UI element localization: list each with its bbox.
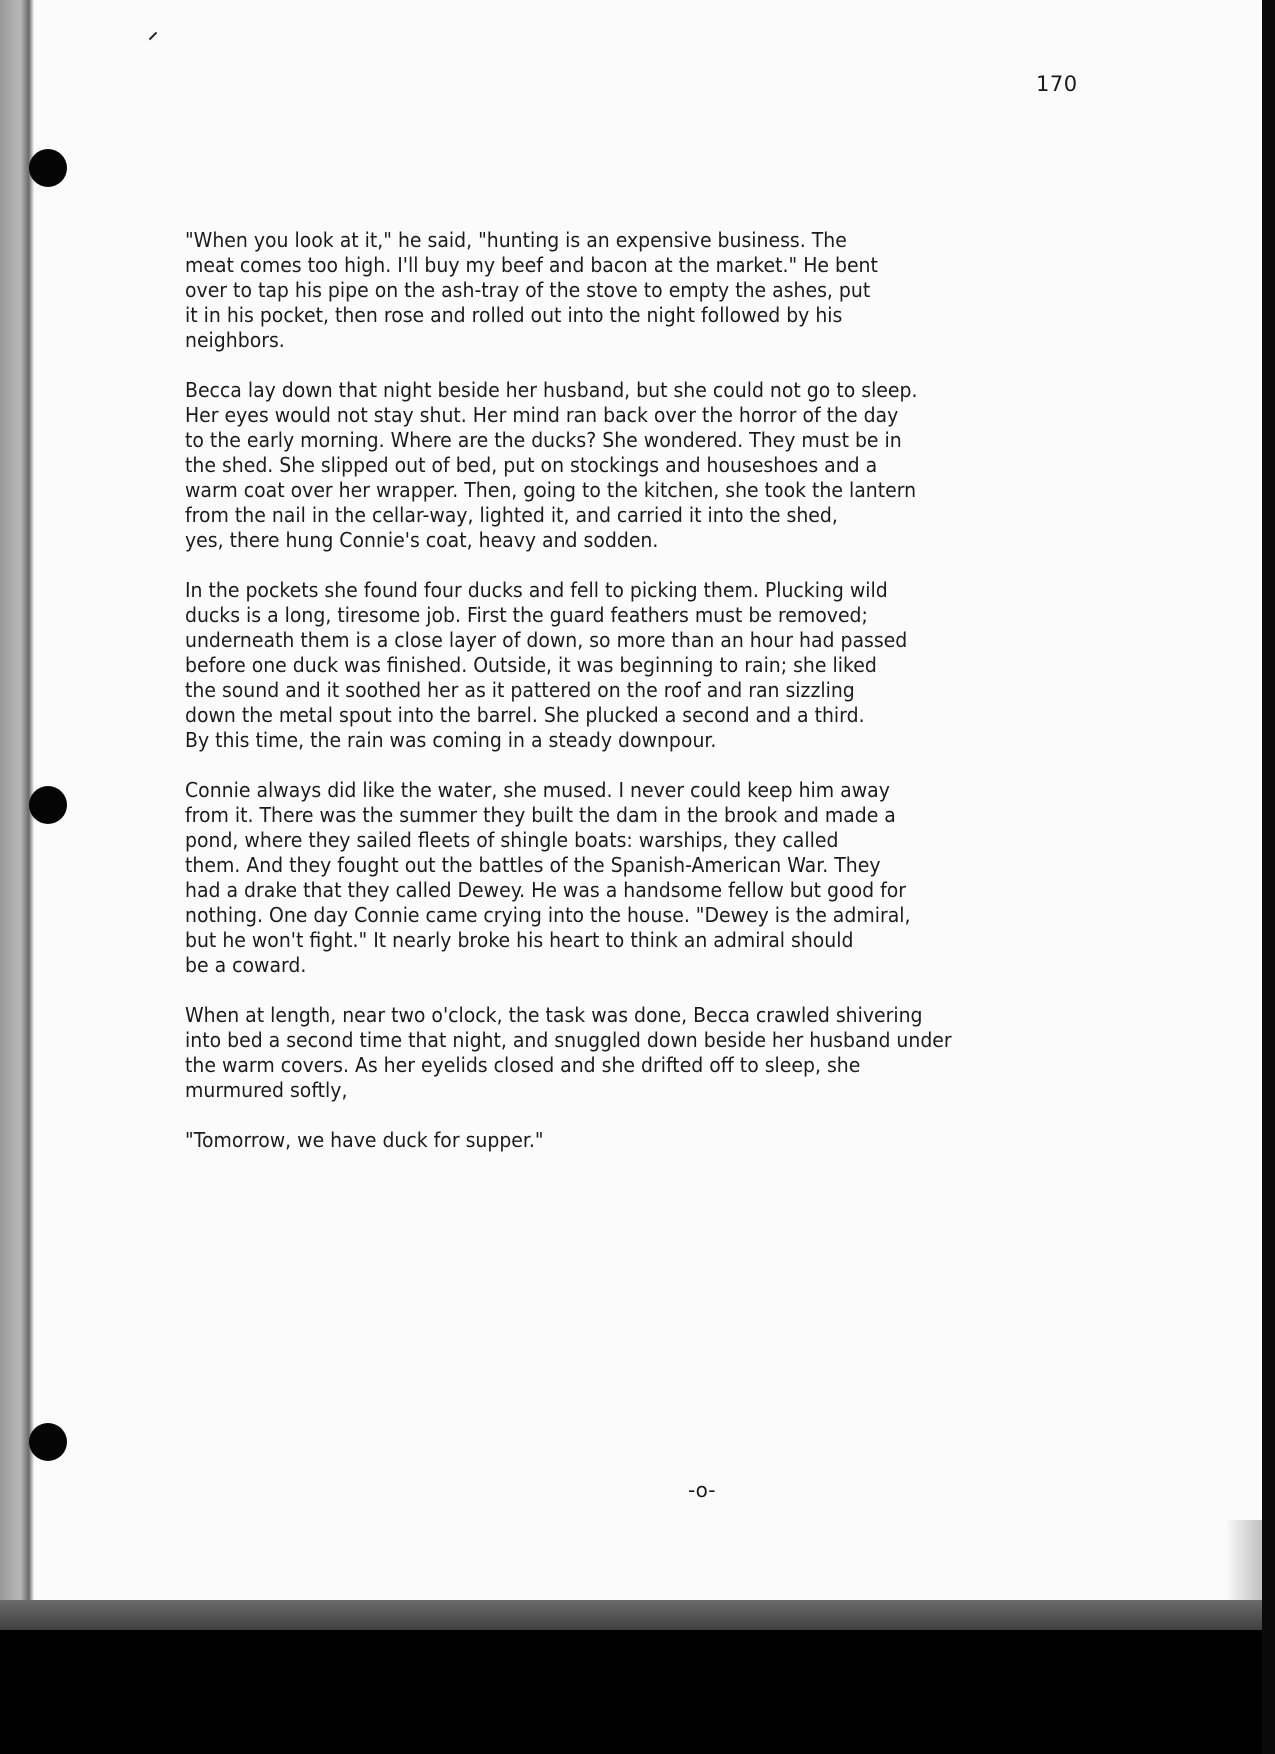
punch-hole-icon (29, 1423, 67, 1461)
punch-hole-icon (29, 786, 67, 824)
scanner-bottom-shadow (0, 1600, 1262, 1632)
page-curl-shadow (1225, 1520, 1265, 1610)
paragraph: "When you look at it," he said, "hunting… (185, 228, 1087, 353)
closing-line: "Tomorrow, we have duck for supper." (185, 1128, 1087, 1153)
paragraph: In the pockets she found four ducks and … (185, 578, 1087, 753)
section-end-mark: -o- (688, 1478, 715, 1502)
scanner-right-edge (1262, 0, 1275, 1754)
scanner-background (0, 1630, 1275, 1754)
body-text: "When you look at it," he said, "hunting… (185, 228, 1087, 1178)
paragraph: When at length, near two o'clock, the ta… (185, 1003, 1087, 1103)
scanned-page: 170 "When you look at it," he said, "hun… (0, 0, 1275, 1754)
page-number: 170 (1036, 72, 1078, 96)
paragraph: Becca lay down that night beside her hus… (185, 378, 1087, 553)
punch-hole-icon (29, 149, 67, 187)
paragraph: Connie always did like the water, she mu… (185, 778, 1087, 978)
